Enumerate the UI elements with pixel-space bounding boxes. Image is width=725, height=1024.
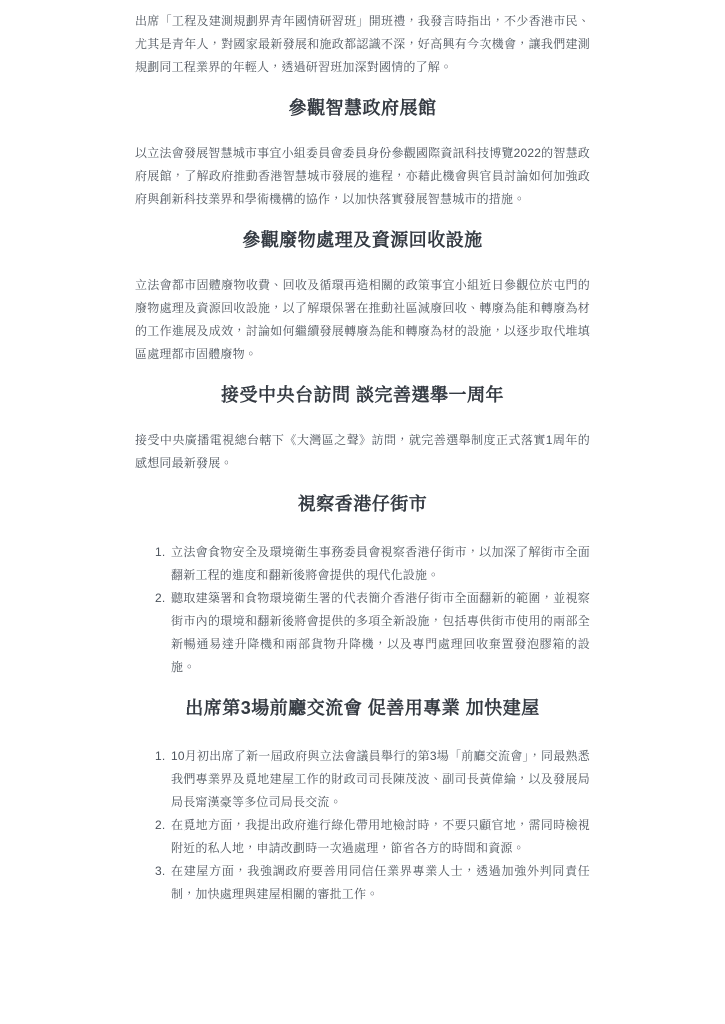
aberdeen-market-list: 立法會食物安全及環境衛生事務委員會視察香港仔街市，以加深了解街市全面翻新工程的進… xyxy=(135,541,590,679)
section-heading-waste-recycling-facilities: 參觀廢物處理及資源回收設施 xyxy=(135,227,590,253)
section-paragraph-smart-gov-pavilion: 以立法會發展智慧城市事宜小組委員會委員身份參觀國際資訊科技博覽2022的智慧政府… xyxy=(135,142,590,211)
intro-paragraph: 出席「工程及建測規劃界青年國情研習班」開班禮，我發言時指出，不少香港市民、尤其是… xyxy=(135,10,590,79)
section-heading-aberdeen-market: 視察香港仔街市 xyxy=(135,491,590,517)
list-item: 在建屋方面，我強調政府要善用同信任業界專業人士，透過加強外判同責任制，加快處理與… xyxy=(169,860,590,906)
newsletter-article: 出席「工程及建測規劃界青年國情研習班」開班禮，我發言時指出，不少香港市民、尤其是… xyxy=(135,0,590,906)
section-paragraph-waste-recycling-facilities: 立法會都市固體廢物收費、回收及循環再造相關的政策事宜小組近日參觀位於屯門的廢物處… xyxy=(135,274,590,366)
list-item: 10月初出席了新一屆政府與立法會議員舉行的第3場「前廳交流會」，同最熟悉我們專業… xyxy=(169,745,590,814)
list-item: 在覓地方面，我提出政府進行綠化帶用地檢討時，不要只顧官地，需同時檢視附近的私人地… xyxy=(169,814,590,860)
section-heading-cmg-interview: 接受中央台訪問 談完善選舉一周年 xyxy=(135,382,590,408)
list-item: 聽取建築署和食物環境衛生署的代表簡介香港仔街市全面翻新的範圍，並視察街市內的環境… xyxy=(169,587,590,679)
section-paragraph-cmg-interview: 接受中央廣播電視總台轄下《大灣區之聲》訪問，就完善選舉制度正式落實1周年的感想同… xyxy=(135,429,590,475)
section-heading-smart-gov-pavilion: 參觀智慧政府展館 xyxy=(135,95,590,121)
antechamber-exchange-list: 10月初出席了新一屆政府與立法會議員舉行的第3場「前廳交流會」，同最熟悉我們專業… xyxy=(135,745,590,906)
section-heading-antechamber-exchange: 出席第3場前廳交流會 促善用專業 加快建屋 xyxy=(135,695,590,721)
list-item: 立法會食物安全及環境衛生事務委員會視察香港仔街市，以加深了解街市全面翻新工程的進… xyxy=(169,541,590,587)
